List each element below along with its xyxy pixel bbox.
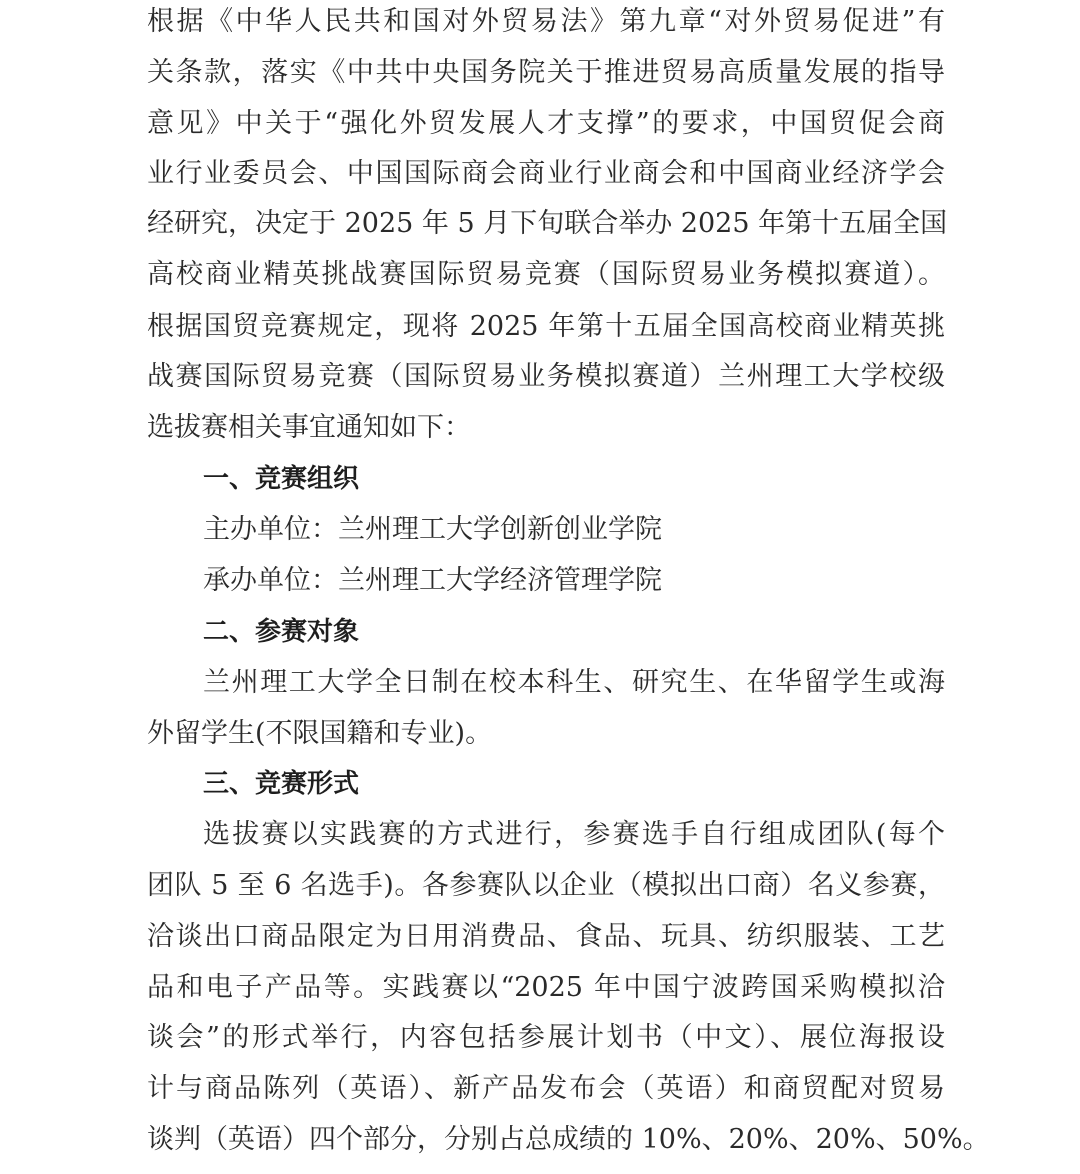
host-line: 承办单位：兰州理工大学经济管理学院 xyxy=(203,559,945,610)
intro-line-6: 高校商业精英挑战赛国际贸易竞赛（国际贸易业务模拟赛道）。 xyxy=(147,253,945,304)
format-line-3: 洽谈出口商品限定为日用消费品、食品、玩具、纺织服装、工艺 xyxy=(147,915,945,966)
intro-line-4: 业行业委员会、中国国际商会商业行业商会和中国商业经济学会 xyxy=(147,152,945,203)
participants-line-1: 兰州理工大学全日制在校本科生、研究生、在华留学生或海 xyxy=(203,661,945,712)
format-line-5: 谈会”的形式举行，内容包括参展计划书（中文）、展位海报设 xyxy=(147,1016,945,1067)
section-heading-organization: 一、竞赛组织 xyxy=(203,457,945,508)
format-line-6: 计与商品陈列（英语）、新产品发布会（英语）和商贸配对贸易 xyxy=(147,1067,945,1118)
format-line-4: 品和电子产品等。实践赛以“2025 年中国宁波跨国采购模拟洽 xyxy=(147,966,945,1017)
format-line-1: 选拔赛以实践赛的方式进行，参赛选手自行组成团队(每个 xyxy=(203,813,945,864)
intro-line-1: 根据《中华人民共和国对外贸易法》第九章“对外贸易促进”有 xyxy=(147,0,945,51)
organizer-line: 主办单位：兰州理工大学创新创业学院 xyxy=(203,508,945,559)
intro-line-7: 根据国贸竞赛规定，现将 2025 年第十五届全国高校商业精英挑 xyxy=(147,305,945,356)
participants-line-2: 外留学生(不限国籍和专业)。 xyxy=(147,712,945,763)
intro-line-9: 选拔赛相关事宜通知如下： xyxy=(147,406,945,457)
format-line-7: 谈判（英语）四个部分，分别占总成绩的 10%、20%、20%、50%。 xyxy=(147,1118,945,1169)
intro-line-3: 意见》中关于“强化外贸发展人才支撑”的要求，中国贸促会商 xyxy=(147,102,945,153)
intro-line-8: 战赛国际贸易竞赛（国际贸易业务模拟赛道）兰州理工大学校级 xyxy=(147,355,945,406)
section-heading-participants: 二、参赛对象 xyxy=(203,610,945,661)
intro-line-5: 经研究，决定于 2025 年 5 月下旬联合举办 2025 年第十五届全国 xyxy=(147,202,945,253)
intro-line-2: 关条款，落实《中共中央国务院关于推进贸易高质量发展的指导 xyxy=(147,51,945,102)
section-heading-format: 三、竞赛形式 xyxy=(203,762,945,813)
format-line-2: 团队 5 至 6 名选手)。各参赛队以企业（模拟出口商）名义参赛， xyxy=(147,864,945,915)
